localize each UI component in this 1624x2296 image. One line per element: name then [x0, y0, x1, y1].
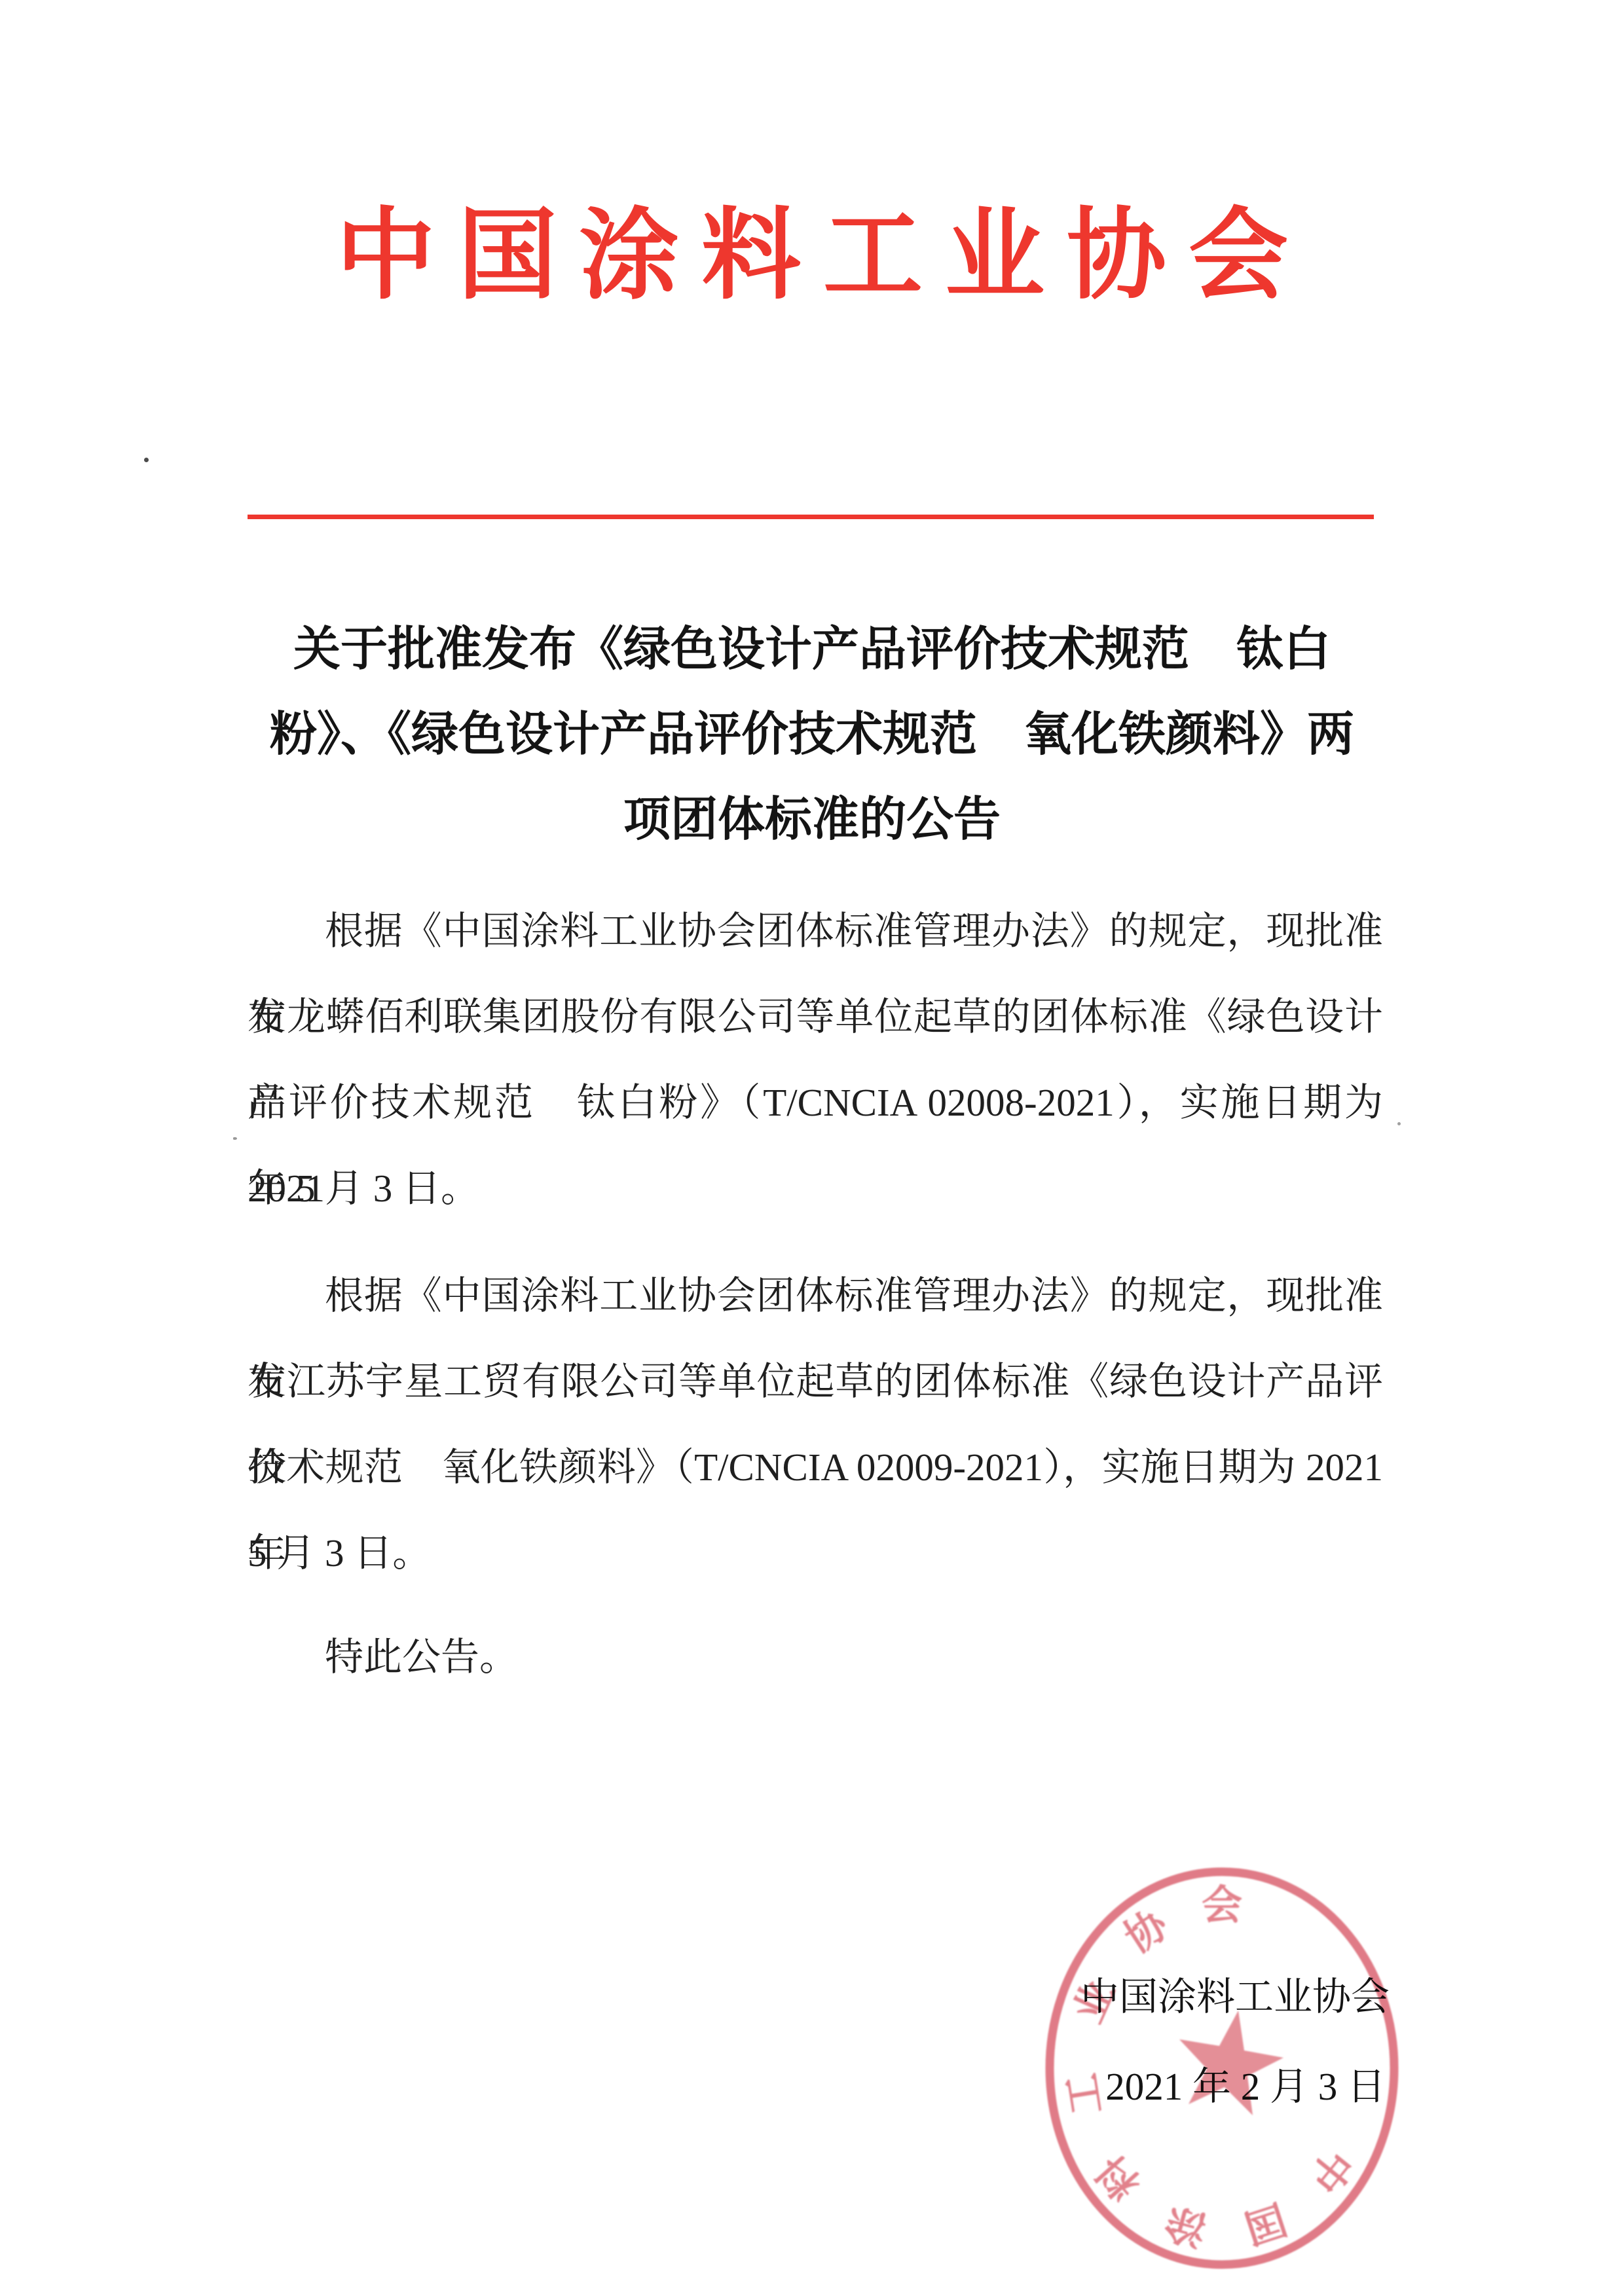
scan-speck [1397, 1122, 1401, 1125]
document-title-line: 粉》、《绿色设计产品评价技术规范 氧化铁颜料》两 [0, 692, 1624, 777]
document-title-line: 项团体标准的公告 [0, 777, 1624, 862]
paragraph-2-line: 技术规范 氧化铁颜料》（T/CNCIA 02009-2021），实施日期为 20… [248, 1425, 1383, 1510]
paragraph-2-line: 根据《中国涂料工业协会团体标准管理办法》的规定，现批准发 [248, 1253, 1383, 1339]
seal-char: 工 [1060, 2070, 1111, 2117]
letterhead-title: 中国涂料工业协会 [0, 206, 1624, 306]
seal-char: 国 [1239, 2195, 1291, 2250]
paragraph-1-line: 布龙蟒佰利联集团股份有限公司等单位起草的团体标准《绿色设计产 [248, 974, 1383, 1060]
seal-char: 涂 [1160, 2198, 1211, 2252]
scan-speck [144, 458, 149, 462]
seal-char: 料 [1089, 2147, 1149, 2207]
paragraph-1: 根据《中国涂料工业协会团体标准管理办法》的规定，现批准发 布龙蟒佰利联集团股份有… [248, 888, 1383, 1231]
paragraph-1-line: 根据《中国涂料工业协会团体标准管理办法》的规定，现批准发 [248, 888, 1383, 974]
seal-char: 协 [1117, 1902, 1177, 1962]
closing-statement: 特此公告。 [248, 1614, 1383, 1700]
document-page: 中国涂料工业协会 关于批准发布《绿色设计产品评价技术规范 钛白 粉》、《绿色设计… [0, 0, 1624, 2296]
official-seal-stamp: 中 国 涂 料 工 业 协 会 [1019, 1839, 1425, 2296]
document-title-line: 关于批准发布《绿色设计产品评价技术规范 钛白 [0, 607, 1624, 692]
closing-line: 特此公告。 [248, 1614, 1383, 1700]
paragraph-2-line: 布江苏宇星工贸有限公司等单位起草的团体标准《绿色设计产品评价 [248, 1339, 1383, 1425]
paragraph-1-line: 年 5 月 3 日。 [248, 1146, 1383, 1231]
seal-char: 会 [1202, 1883, 1242, 1928]
paragraph-1-line: 品评价技术规范 钛白粉》（T/CNCIA 02008-2021），实施日期为 2… [248, 1060, 1383, 1146]
paragraph-2-line: 5 月 3 日。 [248, 1510, 1383, 1596]
document-title: 关于批准发布《绿色设计产品评价技术规范 钛白 粉》、《绿色设计产品评价技术规范 … [0, 607, 1624, 862]
paragraph-2: 根据《中国涂料工业协会团体标准管理办法》的规定，现批准发 布江苏宇星工贸有限公司… [248, 1253, 1383, 1596]
seal-char: 业 [1066, 1975, 1123, 2030]
scan-speck [233, 1137, 237, 1140]
letterhead-divider-line [248, 515, 1374, 519]
seal-star-icon [1179, 2011, 1283, 2115]
